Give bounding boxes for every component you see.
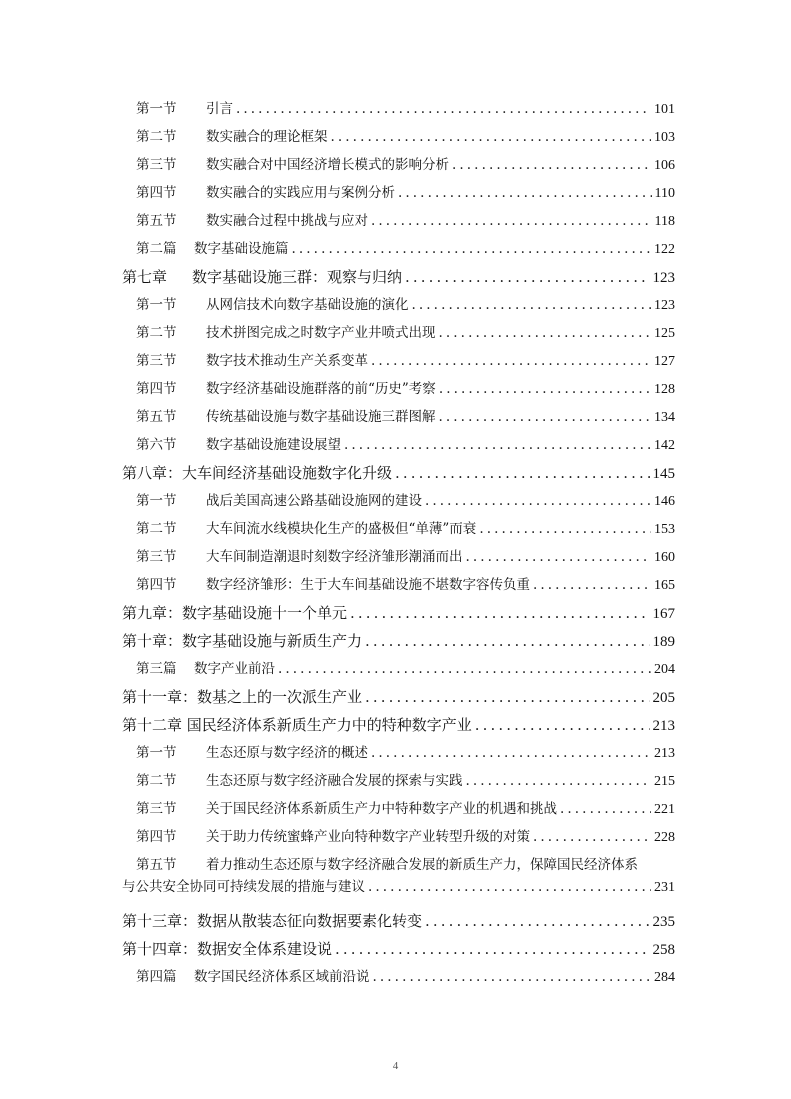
entry-label: 第九章：	[122, 599, 182, 627]
entry-label: 第十一章：	[122, 683, 197, 711]
entry-label: 第一节	[136, 95, 206, 123]
entry-title: 技术拼图完成之时数字产业井喷式出现	[206, 319, 436, 347]
entry-title: 数实融合对中国经济增长模式的影响分析	[206, 151, 449, 179]
entry-label: 第十二章	[122, 711, 187, 739]
entry-page: 235	[653, 908, 676, 936]
dot-leader	[373, 963, 652, 991]
entry-label: 第二节	[136, 767, 206, 795]
entry-page: 103	[654, 124, 675, 152]
dot-leader	[371, 347, 651, 375]
toc-entry[interactable]: 第三节数实融合对中国经济增长模式的影响分析106	[0, 151, 791, 179]
entry-label: 第二篇	[136, 235, 194, 263]
entry-label: 第四篇	[136, 963, 194, 991]
toc-entry-part[interactable]: 第四篇数字国民经济体系区域前沿说284	[0, 963, 791, 991]
entry-page: 160	[654, 544, 675, 572]
entry-page: 213	[653, 712, 676, 740]
toc-entry[interactable]: 第三节大车间制造潮退时刻数字经济雏形潮涌而出160	[0, 543, 791, 571]
entry-title: 关于助力传统蜜蜂产业向特种数字产业转型升级的对策	[206, 823, 530, 851]
entry-label: 第三节	[136, 795, 206, 823]
entry-label: 第八章：	[122, 459, 182, 487]
entry-page: 165	[654, 572, 675, 600]
toc-entry[interactable]: 第二节数实融合的理论框架103	[0, 123, 791, 151]
dot-leader	[350, 599, 649, 627]
entry-title: 战后美国高速公路基础设施网的建设	[206, 487, 422, 515]
entry-title: 数字国民经济体系区域前沿说	[194, 963, 370, 991]
toc-entry[interactable]: 第一节从网信技术向数字基础设施的演化123	[0, 291, 791, 319]
entry-label: 第二节	[136, 515, 206, 543]
entry-page: 258	[653, 936, 676, 964]
entry-page: 118	[655, 208, 675, 236]
toc-entry[interactable]: 第五节传统基础设施与数字基础设施三群图解134	[0, 403, 791, 431]
toc-entry-part[interactable]: 第三篇数字产业前沿204	[0, 655, 791, 683]
dot-leader	[368, 873, 651, 901]
entry-title: 生态还原与数字经济的概述	[206, 739, 368, 767]
dot-leader	[425, 907, 649, 935]
toc-entry[interactable]: 第二节技术拼图完成之时数字产业井喷式出现125	[0, 319, 791, 347]
toc-entry[interactable]: 第四节数字经济雏形：生于大车间基础设施不堪数字容传负重165	[0, 571, 791, 599]
entry-title: 数字产业前沿	[194, 655, 275, 683]
toc-entry[interactable]: 第三节关于国民经济体系新质生产力中特种数字产业的机遇和挑战221	[0, 795, 791, 823]
entry-page: 221	[654, 796, 675, 824]
entry-title: 数字经济雏形：生于大车间基础设施不堪数字容传负重	[206, 571, 530, 599]
dot-leader	[292, 235, 652, 263]
dot-leader	[405, 263, 649, 291]
entry-page: 189	[653, 628, 676, 656]
dot-leader	[365, 627, 649, 655]
dot-leader	[278, 655, 651, 683]
toc-entry[interactable]: 第五节数实融合过程中挑战与应对118	[0, 207, 791, 235]
toc-entry[interactable]: 第二节大车间流水线模块化生产的盛极但“单薄”而衰153	[0, 515, 791, 543]
entry-page: 134	[654, 404, 675, 432]
dot-leader	[439, 375, 651, 403]
entry-title: 从网信技术向数字基础设施的演化	[206, 291, 409, 319]
entry-title: 引言	[206, 95, 233, 123]
toc-entry[interactable]: 第一节生态还原与数字经济的概述213	[0, 739, 791, 767]
toc-entry[interactable]: 第二节生态还原与数字经济融合发展的探索与实践215	[0, 767, 791, 795]
entry-page: 228	[654, 824, 675, 852]
dot-leader	[395, 459, 649, 487]
entry-title: 数据从散装态征向数据要素化转变	[197, 907, 422, 935]
page-number: 4	[0, 1060, 791, 1072]
dot-leader	[412, 291, 652, 319]
entry-label: 第四节	[136, 179, 206, 207]
entry-title: 关于国民经济体系新质生产力中特种数字产业的机遇和挑战	[206, 795, 557, 823]
dot-leader	[479, 515, 651, 543]
dot-leader	[371, 207, 652, 235]
toc-entry[interactable]: 第三节数字技术推动生产关系变革127	[0, 347, 791, 375]
toc-entry[interactable]: 第一节引言101	[0, 95, 791, 123]
entry-page: 122	[654, 236, 675, 264]
entry-title: 着力推动生态还原与数字经济融合发展的新质生产力，保障国民经济体系	[206, 857, 638, 873]
entry-label: 第四节	[136, 823, 206, 851]
entry-page: 231	[654, 874, 675, 902]
dot-leader	[344, 431, 651, 459]
entry-page: 101	[654, 96, 675, 124]
entry-title: 数实融合过程中挑战与应对	[206, 207, 368, 235]
entry-label: 第五节	[136, 403, 206, 431]
entry-label: 第七章	[122, 263, 192, 291]
entry-title: 数字基础设施三群：观察与归纳	[192, 263, 402, 291]
entry-title: 数实融合的理论框架	[206, 123, 328, 151]
dot-leader	[533, 823, 651, 851]
entry-page: 110	[655, 180, 675, 208]
entry-label: 第十四章：	[122, 935, 197, 963]
entry-page: 142	[654, 432, 675, 460]
dot-leader	[439, 319, 652, 347]
entry-title-continued: 与公共安全协同可持续发展的措施与建议	[122, 873, 365, 901]
dot-leader	[466, 543, 652, 571]
toc-entry-part[interactable]: 第二篇数字基础设施篇122	[0, 235, 791, 263]
toc-entry[interactable]: 第四节数实融合的实践应用与案例分析110	[0, 179, 791, 207]
dot-leader	[466, 767, 652, 795]
toc-entry-chapter[interactable]: 第七章数字基础设施三群：观察与归纳123	[0, 263, 791, 291]
toc-entry-chapter[interactable]: 第十三章：数据从散装态征向数据要素化转变235	[0, 907, 791, 935]
entry-page: 123	[653, 264, 676, 292]
entry-page: 127	[654, 348, 675, 376]
dot-leader	[425, 487, 651, 515]
entry-label: 第三篇	[136, 655, 194, 683]
dot-leader	[371, 739, 651, 767]
entry-page: 128	[654, 376, 675, 404]
entry-title: 数据安全体系建设说	[197, 935, 332, 963]
entry-title: 数字基础设施十一个单元	[182, 599, 347, 627]
entry-title: 国民经济体系新质生产力中的特种数字产业	[187, 711, 472, 739]
entry-label: 第四节	[136, 571, 206, 599]
dot-leader	[365, 683, 649, 711]
dot-leader	[236, 95, 651, 123]
toc-entry[interactable]: 第四节数字经济基础设施群落的前“历史”考察128	[0, 375, 791, 403]
toc-entry[interactable]: 第一节战后美国高速公路基础设施网的建设146	[0, 487, 791, 515]
entry-label: 第一节	[136, 291, 206, 319]
entry-label: 第一节	[136, 739, 206, 767]
dot-leader	[533, 571, 651, 599]
entry-title: 大车间经济基础设施数字化升级	[182, 459, 392, 487]
entry-title: 数字经济基础设施群落的前“历史”考察	[206, 375, 436, 403]
dot-leader	[452, 151, 651, 179]
entry-title: 数字技术推动生产关系变革	[206, 347, 368, 375]
entry-title: 数字基础设施篇	[194, 235, 289, 263]
toc-entry-chapter[interactable]: 第八章：大车间经济基础设施数字化升级145	[0, 459, 791, 487]
entry-label: 第十三章：	[122, 907, 197, 935]
entry-title: 大车间流水线模块化生产的盛极但“单薄”而衰	[206, 515, 476, 543]
entry-label: 第三节	[136, 151, 206, 179]
entry-label: 第五节	[136, 207, 206, 235]
dot-leader	[335, 935, 649, 963]
entry-title: 数字基础设施建设展望	[206, 431, 341, 459]
entry-page: 153	[654, 516, 675, 544]
entry-label: 第四节	[136, 375, 206, 403]
entry-label: 第三节	[136, 543, 206, 571]
toc-entry-wrapped[interactable]: 第五节着力推动生态还原与数字经济融合发展的新质生产力，保障国民经济体系 与公共安…	[0, 851, 791, 901]
toc-entry[interactable]: 第六节数字基础设施建设展望142	[0, 431, 791, 459]
entry-second-line: 与公共安全协同可持续发展的措施与建议231	[122, 873, 675, 902]
entry-title: 生态还原与数字经济融合发展的探索与实践	[206, 767, 463, 795]
toc-entry-chapter[interactable]: 第十四章：数据安全体系建设说258	[0, 935, 791, 963]
entry-page: 213	[654, 740, 675, 768]
dot-leader	[439, 403, 652, 431]
entry-title: 数基之上的一次派生产业	[197, 683, 362, 711]
toc-entry-chapter[interactable]: 第十一章：数基之上的一次派生产业205	[0, 683, 791, 711]
entry-label: 第一节	[136, 487, 206, 515]
toc-entry-chapter[interactable]: 第十二章 国民经济体系新质生产力中的特种数字产业213	[0, 711, 791, 739]
toc-entry-chapter[interactable]: 第十章：数字基础设施与新质生产力189	[0, 627, 791, 655]
entry-label: 第十章：	[122, 627, 182, 655]
entry-page: 205	[653, 684, 676, 712]
entry-title: 传统基础设施与数字基础设施三群图解	[206, 403, 436, 431]
entry-page: 106	[654, 152, 675, 180]
entry-page: 204	[654, 656, 675, 684]
entry-label: 第二节	[136, 319, 206, 347]
toc-entry-chapter[interactable]: 第九章：数字基础设施十一个单元167	[0, 599, 791, 627]
dot-leader	[331, 123, 652, 151]
dot-leader	[560, 795, 651, 823]
toc-entry[interactable]: 第四节关于助力传统蜜蜂产业向特种数字产业转型升级的对策228	[0, 823, 791, 851]
dot-leader	[475, 711, 650, 739]
entry-page: 167	[653, 600, 676, 628]
entry-page: 145	[653, 460, 676, 488]
entry-page: 284	[654, 964, 675, 992]
entry-label: 第六节	[136, 431, 206, 459]
entry-page: 123	[654, 292, 675, 320]
entry-title: 数字基础设施与新质生产力	[182, 627, 362, 655]
entry-title: 数实融合的实践应用与案例分析	[206, 179, 395, 207]
entry-page: 146	[654, 488, 675, 516]
entry-title: 大车间制造潮退时刻数字经济雏形潮涌而出	[206, 543, 463, 571]
dot-leader	[398, 179, 652, 207]
entry-label: 第二节	[136, 123, 206, 151]
entry-label: 第三节	[136, 347, 206, 375]
entry-page: 215	[654, 768, 675, 796]
entry-page: 125	[654, 320, 675, 348]
